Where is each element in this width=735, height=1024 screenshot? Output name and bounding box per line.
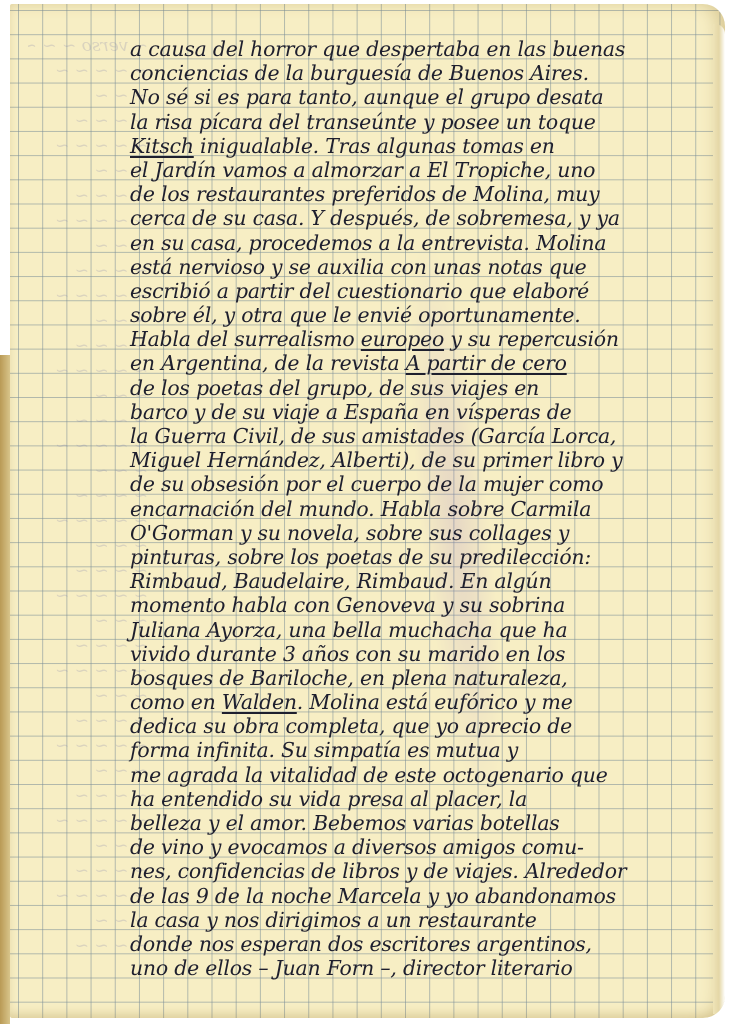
text-line: Rimbaud, Baudelaire, Rimbaud. En algún: [130, 569, 720, 593]
text-line: Juliana Ayorza, una bella muchacha que h…: [130, 618, 720, 642]
text-line: dedica su obra completa, que yo aprecio …: [130, 714, 720, 738]
text-line: bosques de Bariloche, en plena naturalez…: [130, 666, 720, 690]
text-line: escribió a partir del cuestionario que e…: [130, 279, 720, 303]
text-line: nes, confidencias de libros y de viajes.…: [130, 859, 720, 883]
text-line: conciencias de la burguesía de Buenos Ai…: [130, 61, 720, 85]
text-line: a causa del horror que despertaba en las…: [130, 37, 720, 61]
text-line: de su obsesión por el cuerpo de la mujer…: [130, 472, 720, 496]
binding-edge: [0, 355, 10, 1024]
text-line: de las 9 de la noche Marcela y yo abando…: [130, 884, 720, 908]
text-line: No sé si es para tanto, aunque el grupo …: [130, 85, 720, 109]
text-line: me agrada la vitalidad de este octogenar…: [130, 763, 720, 787]
text-line: está nervioso y se auxilia con unas nota…: [130, 255, 720, 279]
text-line: barco y de su viaje a España en vísperas…: [130, 400, 720, 424]
text-line: cerca de su casa. Y después, de sobremes…: [130, 206, 720, 230]
text-line: O'Gorman y su novela, sobre sus collages…: [130, 521, 720, 545]
text-line: en su casa, procedemos a la entrevista. …: [130, 231, 720, 255]
handwritten-text: a causa del horror que despertaba en las…: [130, 37, 720, 980]
text-line: Habla del surrealismo europeo y su reper…: [130, 327, 720, 351]
text-line: de vino y evocamos a diversos amigos com…: [130, 835, 720, 859]
text-line: de los poetas del grupo, de sus viajes e…: [130, 376, 720, 400]
underlined-phrase: Walden: [222, 690, 297, 714]
notebook-page: ~ verso ~ ~ ~~ ~ ~ ~ ~~ ~ ~~ ~ ~ ~ ~ ~ ~…: [10, 4, 725, 1018]
text-line: momento habla con Genoveva y su sobrina: [130, 593, 720, 617]
text-line: la Guerra Civil, de sus amistades (Garcí…: [130, 424, 720, 448]
text-line: el Jardín vamos a almorzar a El Tropiche…: [130, 158, 720, 182]
text-line: vivido durante 3 años con su marido en l…: [130, 642, 720, 666]
text-line: de los restaurantes preferidos de Molina…: [130, 182, 720, 206]
text-line: como en Walden. Molina está eufórico y m…: [130, 690, 720, 714]
text-line: uno de ellos – Juan Forn –, director lit…: [130, 956, 720, 980]
underlined-phrase: europeo: [361, 327, 444, 351]
underlined-phrase: Kitsch: [130, 134, 194, 158]
text-line: ha entendido su vida presa al placer, la: [130, 787, 720, 811]
underlined-phrase: A partir de cero: [406, 351, 567, 375]
text-line: belleza y el amor. Bebemos varias botell…: [130, 811, 720, 835]
text-line: donde nos esperan dos escritores argenti…: [130, 932, 720, 956]
text-line: sobre él, y otra que le envié oportuname…: [130, 303, 720, 327]
text-line: Miguel Hernández, Alberti), de su primer…: [130, 448, 720, 472]
text-line: forma infinita. Su simpatía es mutua y: [130, 738, 720, 762]
text-line: la risa pícara del transeúnte y posee un…: [130, 110, 720, 134]
text-line: pinturas, sobre los poetas de su predile…: [130, 545, 720, 569]
text-line: Kitsch inigualable. Tras algunas tomas e…: [130, 134, 720, 158]
text-line: la casa y nos dirigimos a un restaurante: [130, 908, 720, 932]
text-line: en Argentina, de la revista A partir de …: [130, 351, 720, 375]
text-line: encarnación del mundo. Habla sobre Carmi…: [130, 497, 720, 521]
